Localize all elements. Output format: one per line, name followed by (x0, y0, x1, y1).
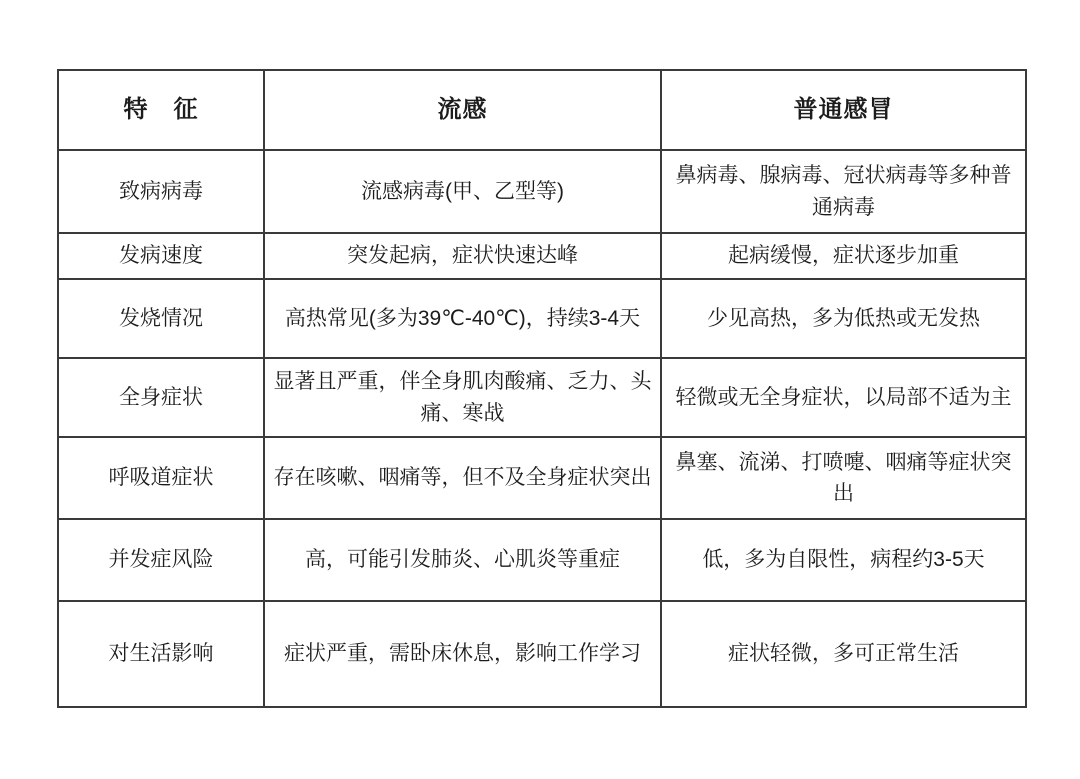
row-feature-label: 呼吸道症状 (58, 437, 264, 519)
row-cold-value: 起病缓慢，症状逐步加重 (661, 233, 1026, 279)
table-row: 对生活影响 症状严重，需卧床休息，影响工作学习 症状轻微，多可正常生活 (58, 601, 1026, 707)
header-cell-flu: 流感 (264, 70, 661, 150)
row-cold-value: 症状轻微，多可正常生活 (661, 601, 1026, 707)
header-cell-feature: 特 征 (58, 70, 264, 150)
table-row: 并发症风险 高，可能引发肺炎、心肌炎等重症 低，多为自限性，病程约3-5天 (58, 519, 1026, 601)
table-row: 呼吸道症状 存在咳嗽、咽痛等，但不及全身症状突出 鼻塞、流涕、打喷嚏、咽痛等症状… (58, 437, 1026, 519)
row-flu-value: 高，可能引发肺炎、心肌炎等重症 (264, 519, 661, 601)
row-cold-value: 鼻塞、流涕、打喷嚏、咽痛等症状突出 (661, 437, 1026, 519)
comparison-table: 特 征 流感 普通感冒 致病病毒 流感病毒(甲、乙型等) 鼻病毒、腺病毒、冠状病… (57, 69, 1027, 708)
row-feature-label: 致病病毒 (58, 150, 264, 233)
row-flu-value: 高热常见(多为39℃-40℃)，持续3-4天 (264, 279, 661, 358)
row-cold-value: 低，多为自限性，病程约3-5天 (661, 519, 1026, 601)
table-row: 发烧情况 高热常见(多为39℃-40℃)，持续3-4天 少见高热，多为低热或无发… (58, 279, 1026, 358)
row-flu-value: 突发起病，症状快速达峰 (264, 233, 661, 279)
header-cell-cold: 普通感冒 (661, 70, 1026, 150)
row-feature-label: 并发症风险 (58, 519, 264, 601)
row-cold-value: 轻微或无全身症状，以局部不适为主 (661, 358, 1026, 437)
row-flu-value: 显著且严重，伴全身肌肉酸痛、乏力、头痛、寒战 (264, 358, 661, 437)
table-row: 发病速度 突发起病，症状快速达峰 起病缓慢，症状逐步加重 (58, 233, 1026, 279)
row-feature-label: 发病速度 (58, 233, 264, 279)
row-flu-value: 存在咳嗽、咽痛等，但不及全身症状突出 (264, 437, 661, 519)
row-cold-value: 鼻病毒、腺病毒、冠状病毒等多种普通病毒 (661, 150, 1026, 233)
row-cold-value: 少见高热，多为低热或无发热 (661, 279, 1026, 358)
table-row: 全身症状 显著且严重，伴全身肌肉酸痛、乏力、头痛、寒战 轻微或无全身症状，以局部… (58, 358, 1026, 437)
row-feature-label: 全身症状 (58, 358, 264, 437)
page: 特 征 流感 普通感冒 致病病毒 流感病毒(甲、乙型等) 鼻病毒、腺病毒、冠状病… (0, 0, 1080, 779)
row-flu-value: 流感病毒(甲、乙型等) (264, 150, 661, 233)
table-header-row: 特 征 流感 普通感冒 (58, 70, 1026, 150)
row-flu-value: 症状严重，需卧床休息，影响工作学习 (264, 601, 661, 707)
row-feature-label: 发烧情况 (58, 279, 264, 358)
row-feature-label: 对生活影响 (58, 601, 264, 707)
table-row: 致病病毒 流感病毒(甲、乙型等) 鼻病毒、腺病毒、冠状病毒等多种普通病毒 (58, 150, 1026, 233)
